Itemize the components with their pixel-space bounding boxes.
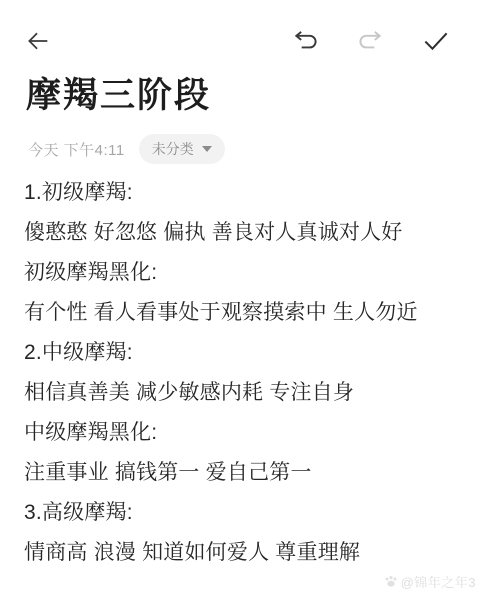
paw-icon <box>384 575 398 588</box>
category-selector[interactable]: 未分类 <box>139 134 225 164</box>
note-line[interactable]: 注重事业 搞钱第一 爱自己第一 <box>24 453 458 493</box>
note-line[interactable]: 有个性 看人看事处于观察摸索中 生人勿近 <box>24 293 458 333</box>
toolbar-actions <box>292 28 452 54</box>
toolbar <box>0 0 482 58</box>
chevron-down-icon <box>202 146 212 152</box>
note-line[interactable]: 傻憨憨 好忽悠 偏执 善良对人真诚对人好 <box>24 213 458 253</box>
back-button[interactable] <box>24 27 52 55</box>
redo-button[interactable] <box>356 29 384 53</box>
note-line[interactable]: 3.高级摩羯: <box>24 493 458 533</box>
watermark-text: @锦年之年3 <box>401 572 476 591</box>
checkmark-icon <box>420 28 452 54</box>
redo-icon <box>356 29 384 53</box>
note-line[interactable]: 初级摩羯黑化: <box>24 253 458 293</box>
note-body[interactable]: 1.初级摩羯:傻憨憨 好忽悠 偏执 善良对人真诚对人好初级摩羯黑化:有个性 看人… <box>24 173 458 573</box>
note-line[interactable]: 情商高 浪漫 知道如何爱人 尊重理解 <box>24 533 458 573</box>
confirm-button[interactable] <box>420 28 452 54</box>
note-line[interactable]: 1.初级摩羯: <box>24 173 458 213</box>
undo-button[interactable] <box>292 29 320 53</box>
note-line[interactable]: 2.中级摩羯: <box>24 333 458 373</box>
note-timestamp: 今天 下午4:11 <box>28 139 125 160</box>
note-title[interactable]: 摩羯三阶段 <box>26 74 458 118</box>
note-line[interactable]: 中级摩羯黑化: <box>24 413 458 453</box>
note-meta: 今天 下午4:11 未分类 <box>28 134 458 164</box>
undo-icon <box>292 29 320 53</box>
note-line[interactable]: 相信真善美 减少敏感内耗 专注自身 <box>24 373 458 413</box>
arrow-left-icon <box>24 27 52 55</box>
category-label: 未分类 <box>152 139 194 159</box>
watermark: @锦年之年3 <box>384 572 476 591</box>
